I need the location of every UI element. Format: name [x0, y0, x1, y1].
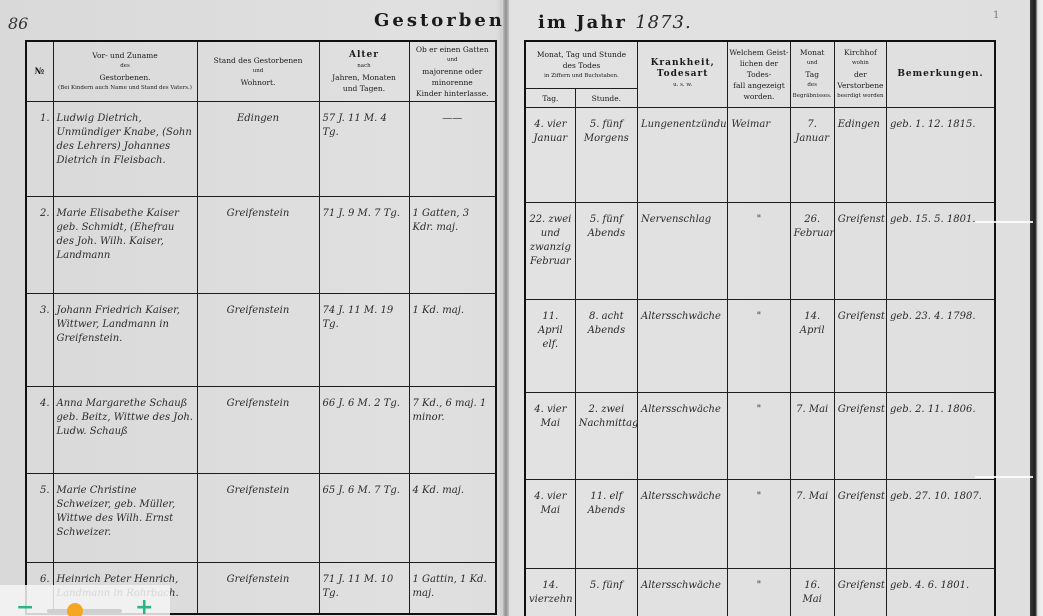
table-row: 14. vierzehn 5. fünf Altersschwäche " 16… [525, 569, 995, 616]
table-row: 4. Anna Margarethe Schauß geb. Beitz, Wi… [26, 387, 496, 474]
zoom-in-icon[interactable]: + [135, 601, 153, 616]
entry-begraebnis: 7. Mai [790, 480, 834, 569]
entry-tag: 14. vierzehn [525, 569, 575, 616]
entry-stand: Greifenstein [197, 197, 319, 294]
corner-mark: 1 [993, 10, 999, 21]
entry-begraebnis: 7. Mai [790, 393, 834, 480]
entry-alter: 74 J. 11 M. 19 Tg. [319, 294, 409, 387]
entry-tag: 4. vier Januar [525, 108, 575, 203]
table-row: 5. Marie Christine Schweizer, geb. Mülle… [26, 474, 496, 563]
header-row: Monat, Tag und Stunde des Todes in Ziffe… [525, 41, 995, 89]
death-register-right: Monat, Tag und Stunde des Todes in Ziffe… [524, 40, 996, 616]
entry-tag: 4. vier Mai [525, 480, 575, 569]
zoom-slider-track[interactable] [47, 609, 122, 613]
entry-begraebnis: 7. Januar [790, 108, 834, 203]
entry-stunde: 2. zwei Nachmittags [575, 393, 637, 480]
entry-krankheit: Altersschwäche [637, 300, 727, 393]
entry-gatten: —— [409, 102, 496, 197]
entry-stunde: 11. elf Abends [575, 480, 637, 569]
page-edge [1030, 0, 1043, 616]
entry-geistlich: " [728, 300, 790, 393]
table-row: 1. Ludwig Dietrich, Unmündiger Knabe, (S… [26, 102, 496, 197]
page-number: 86 [8, 14, 28, 33]
entry-kirchhof: Greifenst. [834, 300, 886, 393]
entry-no: 2. [26, 197, 53, 294]
book-gutter [503, 0, 509, 616]
table-row: 2. Marie Elisabethe Kaiser geb. Schmidt,… [26, 197, 496, 294]
title-prefix: im Jahr [538, 12, 627, 33]
entry-alter: 71 J. 11 M. 10 Tg. [319, 563, 409, 615]
header-begraebnis: Monat und Tag des Begräbnisses. [790, 41, 834, 108]
entry-bemerkungen: geb. 15. 5. 1801. [886, 203, 995, 300]
entry-stand: Greifenstein [197, 474, 319, 563]
header-tod: Monat, Tag und Stunde des Todes in Ziffe… [525, 41, 637, 89]
entry-tag: 22. zwei und zwanzig Februar [525, 203, 575, 300]
entry-geistlich: " [728, 480, 790, 569]
entry-gatten: 7 Kd., 6 maj. 1 minor. [409, 387, 496, 474]
entry-kirchhof: Edingen [834, 108, 886, 203]
year: 1873. [635, 12, 692, 33]
entry-name: Marie Christine Schweizer, geb. Müller, … [53, 474, 197, 563]
entry-begraebnis: 16. Mai [790, 569, 834, 616]
zoom-slider-thumb[interactable] [67, 603, 83, 616]
entry-gatten: 1 Gattin, 1 Kd. maj. [409, 563, 496, 615]
table-row: 22. zwei und zwanzig Februar 5. fünf Abe… [525, 203, 995, 300]
header-alter: Alter nach Jahren, Monaten und Tagen. [319, 41, 409, 102]
header-tag: Tag. [525, 89, 575, 108]
zoom-control: − + [0, 585, 170, 616]
table-row: 4. vier Mai 2. zwei Nachmittags Alterssc… [525, 393, 995, 480]
entry-krankheit: Altersschwäche [637, 569, 727, 616]
entry-stand: Greifenstein [197, 294, 319, 387]
table-row: 11. April elf. 8. acht Abends Altersschw… [525, 300, 995, 393]
entry-kirchhof: Greifenst. [834, 203, 886, 300]
entry-alter: 71 J. 9 M. 7 Tg. [319, 197, 409, 294]
entry-krankheit: Altersschwäche [637, 393, 727, 480]
entry-geistlich: Weimar [728, 108, 790, 203]
entry-tag: 11. April elf. [525, 300, 575, 393]
header-geistlich: Welchem Geist- lichen der Todes- fall an… [728, 41, 790, 108]
entry-kirchhof: Greifenst. [834, 480, 886, 569]
entry-stunde: 5. fünf [575, 569, 637, 616]
entry-tag: 4. vier Mai [525, 393, 575, 480]
death-register-left: № Vor- und Zuname des Gestorbenen. (Bei … [25, 40, 497, 615]
entry-alter: 65 J. 6 M. 7 Tg. [319, 474, 409, 563]
entry-gatten: 1 Kd. maj. [409, 294, 496, 387]
header-gatten: Ob er einen Gatten und majorenne oder mi… [409, 41, 496, 102]
entry-stand: Greifenstein [197, 563, 319, 615]
entry-bemerkungen: geb. 23. 4. 1798. [886, 300, 995, 393]
header-stunde: Stunde. [575, 89, 637, 108]
entry-name: Anna Margarethe Schauß geb. Beitz, Wittw… [53, 387, 197, 474]
entry-gatten: 4 Kd. maj. [409, 474, 496, 563]
page-title-left: Gestorben [374, 10, 505, 31]
table-row: 3. Johann Friedrich Kaiser, Wittwer, Lan… [26, 294, 496, 387]
entry-begraebnis: 14. April [790, 300, 834, 393]
entry-gatten: 1 Gatten, 3 Kdr. maj. [409, 197, 496, 294]
entry-stand: Greifenstein [197, 387, 319, 474]
entry-kirchhof: Greifenst. [834, 569, 886, 616]
table-row: 4. vier Januar 5. fünf Morgens Lungenent… [525, 108, 995, 203]
entry-krankheit: Altersschwäche [637, 480, 727, 569]
entry-krankheit: Lungenentzündung [637, 108, 727, 203]
entry-alter: 66 J. 6 M. 2 Tg. [319, 387, 409, 474]
entry-stunde: 5. fünf Morgens [575, 108, 637, 203]
entry-geistlich: " [728, 569, 790, 616]
entry-name: Marie Elisabethe Kaiser geb. Schmidt, (E… [53, 197, 197, 294]
header-row: № Vor- und Zuname des Gestorbenen. (Bei … [26, 41, 496, 102]
entry-name: Johann Friedrich Kaiser, Wittwer, Landma… [53, 294, 197, 387]
entry-begraebnis: 26. Februar [790, 203, 834, 300]
entry-no: 4. [26, 387, 53, 474]
entry-krankheit: Nervenschlag [637, 203, 727, 300]
entry-geistlich: " [728, 393, 790, 480]
table-row: 4. vier Mai 11. elf Abends Altersschwäch… [525, 480, 995, 569]
entry-no: 3. [26, 294, 53, 387]
page-title-right: im Jahr 1873. [538, 12, 692, 33]
header-stand: Stand des Gestorbenen und Wohnort. [197, 41, 319, 102]
scan-artifact [975, 221, 1033, 223]
entry-alter: 57 J. 11 M. 4 Tg. [319, 102, 409, 197]
header-bemerkungen: Bemerkungen. [886, 41, 995, 108]
entry-geistlich: " [728, 203, 790, 300]
header-krankheit: Krankheit, Todesart u. s. w. [637, 41, 727, 108]
entry-name: Ludwig Dietrich, Unmündiger Knabe, (Sohn… [53, 102, 197, 197]
scan-artifact [975, 476, 1033, 478]
entry-kirchhof: Greifenst. [834, 393, 886, 480]
entry-no: 5. [26, 474, 53, 563]
entry-stand: Edingen [197, 102, 319, 197]
header-no: № [26, 41, 53, 102]
entry-no: 1. [26, 102, 53, 197]
zoom-out-icon[interactable]: − [16, 601, 34, 616]
entry-bemerkungen: geb. 27. 10. 1807. [886, 480, 995, 569]
header-kirchhof: Kirchhof wohin der Verstorbene beerdigt … [834, 41, 886, 108]
header-name: Vor- und Zuname des Gestorbenen. (Bei Ki… [53, 41, 197, 102]
entry-bemerkungen: geb. 1. 12. 1815. [886, 108, 995, 203]
entry-bemerkungen: geb. 4. 6. 1801. [886, 569, 995, 616]
entry-bemerkungen: geb. 2. 11. 1806. [886, 393, 995, 480]
entry-stunde: 8. acht Abends [575, 300, 637, 393]
entry-stunde: 5. fünf Abends [575, 203, 637, 300]
